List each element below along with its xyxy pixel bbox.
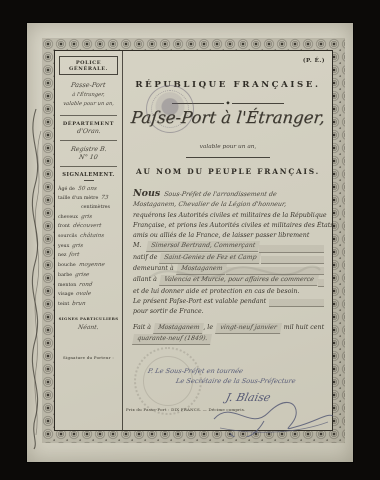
field-value: ovale [76,290,92,299]
signes-particuliers-value: Néant. [58,324,119,331]
m-label: M. [133,241,141,251]
scanned-document-background: POLICE GÉNÉRALE. Passe-Port à l'Étranger… [0,0,380,480]
ruled-fill [318,279,324,287]
police-generale-label: POLICE GÉNÉRALE. [59,56,118,75]
signalement-row: nez fort [58,251,119,261]
body-printed-4: et de lui donner aide et protection en c… [133,287,324,297]
departement-label: DÉPARTEMENT [58,121,119,127]
signalement-row: visage ovale [58,290,119,300]
signature-porteur-label: Signature du Porteur : [55,355,122,360]
issue-day-value: vingt-neuf janvier [215,323,282,334]
destination-value: Valencia et Murcie, pour affaires de com… [159,275,319,286]
validity-label: Le présent Paſse-Port est valable pendan… [133,297,266,307]
signalement-row: yeux gris [58,242,119,252]
passport-body-text: Nous Sous-Préfet de l'arrondissement de … [133,189,324,345]
body-line-validity: Le présent Paſse-Port est valable pendan… [133,297,324,307]
departement-value: d'Oran. [58,128,119,135]
doc-type-line3: valable pour un an, [58,100,119,110]
ruled-fill [269,299,324,307]
le-label: , le [203,323,213,333]
registre-value: Registre B. [58,146,119,153]
signalement-row: Âgé de 50 ans [58,185,119,195]
body-line-allant: allant à Valencia et Murcie, pour affair… [133,275,324,286]
divider [60,115,117,116]
date-printed: mil huit cent [284,323,325,333]
signes-particuliers-label: SIGNES PARTICULIERS [58,316,119,321]
price-fine-print: Prix du Passe-Port : DIX FRANCS. — Décim… [126,407,245,412]
nous-word: Nous [133,189,160,199]
body-printed-6: pour sortir de France. [133,307,324,317]
field-label: visage [58,291,73,300]
document-inner-area: POLICE GÉNÉRALE. Passe-Port à l'Étranger… [54,50,333,431]
body-line-demeurant: demeurant à Mostaganem [133,264,324,275]
hand-intro-1: Sous-Préfet de l'arrondissement de [163,190,277,200]
field-value: découvert [72,222,102,231]
field-value: brun [72,300,87,309]
body-printed-3: amis ou alliés de la France, de laisser … [133,231,324,241]
field-label: nez [58,252,66,261]
ruled-fill [261,256,324,264]
signalement-row: teint brun [58,300,119,310]
field-label: barbe [58,272,72,281]
field-label: Âgé de [58,186,75,195]
field-label: taille d'un mètre [58,195,98,204]
signature-line-2: Le Secrétaire de la Sous-Préfecture [175,377,331,385]
field-value: gris [80,213,92,222]
field-label: bouche [58,262,76,271]
field-value: rond [79,281,94,290]
dash-rule [84,180,94,181]
main-column: (P. É.) RÉPUBLIQUE FRANÇAISE. ◆ Paſse-Po… [124,51,332,430]
field-value: fort [69,251,81,260]
residence-label: demeurant à [133,264,174,274]
field-value: moyenne [78,261,105,270]
body-printed-1: requérons les Autorités civiles et milit… [133,211,324,221]
sidebar-registration-column: POLICE GÉNÉRALE. Passe-Port à l'Étranger… [55,51,123,430]
signalement-row: cheveux gris [58,213,119,223]
field-label: menton [58,282,76,291]
signalement-row: sourcils châtains [58,232,119,242]
residence-value: Mostaganem [176,264,227,275]
divider [60,166,117,167]
hand-intro-2: Mostaganem, Chevalier de la Légion d'hon… [132,200,287,210]
short-rule [186,157,270,158]
body-line-date: Fait à Mostaganem , le vingt-neuf janvie… [133,323,324,334]
divider [60,140,117,141]
destination-label: allant à [133,275,157,285]
field-value: châtains [79,232,104,241]
motto-header: AU NOM DU PEUPLE FRANÇAIS. [124,167,332,176]
doc-type-line2: à l'Étranger, [58,91,119,101]
signature-block: P. Le Sous-Préfet en tournée Le Secrétai… [148,367,330,404]
body-line-natif: natif de Saint-Geniez de Fez et Camp [133,253,324,264]
field-label: yeux [58,243,69,252]
signalement-row: bouche moyenne [58,261,119,271]
signalement-row: taille d'un mètre 73 [58,194,119,204]
natif-label: natif de [133,253,157,263]
body-line-date2: quarante-neuf (1849). [133,334,324,345]
field-value: grise [74,271,90,280]
doc-type-line1: Passe-Port [58,81,119,91]
registre-number: N° 10 [58,154,119,161]
field-label: sourcils [58,233,77,242]
signature-flourish [206,395,336,437]
field-value: 73 [101,194,110,203]
signalement-row: centimètres [58,204,119,213]
diamond-icon: ◆ [224,101,231,106]
issue-year-value: quarante-neuf (1849). [132,334,212,345]
fait-label: Fait à [133,323,151,333]
field-value: gris [72,242,84,251]
body-line-intro2: Mostaganem, Chevalier de la Légion d'hon… [133,200,324,210]
field-label: front [58,223,70,232]
passport-page: POLICE GÉNÉRALE. Passe-Port à l'Étranger… [27,23,353,462]
body-line-nous: Nous Sous-Préfet de l'arrondissement de [133,189,324,200]
ornamental-border: POLICE GÉNÉRALE. Passe-Port à l'Étranger… [42,38,345,443]
birthplace-value: Saint-Geniez de Fez et Camp [159,253,261,264]
rule-line [232,103,284,104]
signature-line-1: P. Le Sous-Préfet en tournée [147,367,331,375]
issue-place-value: Mostaganem [153,323,204,334]
signalement-row: barbe grise [58,271,119,281]
passport-subtitle-script: valable pour un an, [124,144,332,150]
body-printed-2: Française, et prions les Autorités civil… [133,221,324,231]
bearer-name-value: Simersol Bertrand, Commerçant [146,241,260,252]
field-label: centimètres [81,204,110,213]
passport-title-script: Paſse-Port à l'Étranger, [123,108,333,127]
ruled-fill [259,245,324,253]
body-line-name: M. Simersol Bertrand, Commerçant [133,241,324,252]
corner-series-mark: (P. É.) [303,58,325,64]
field-label: cheveux [58,214,78,223]
signalement-row: menton rond [58,281,119,291]
field-label: teint [58,301,69,310]
signalement-row: front découvert [58,222,119,232]
signalement-label: SIGNALEMENT. [58,172,119,178]
field-value: 50 ans [77,185,97,194]
